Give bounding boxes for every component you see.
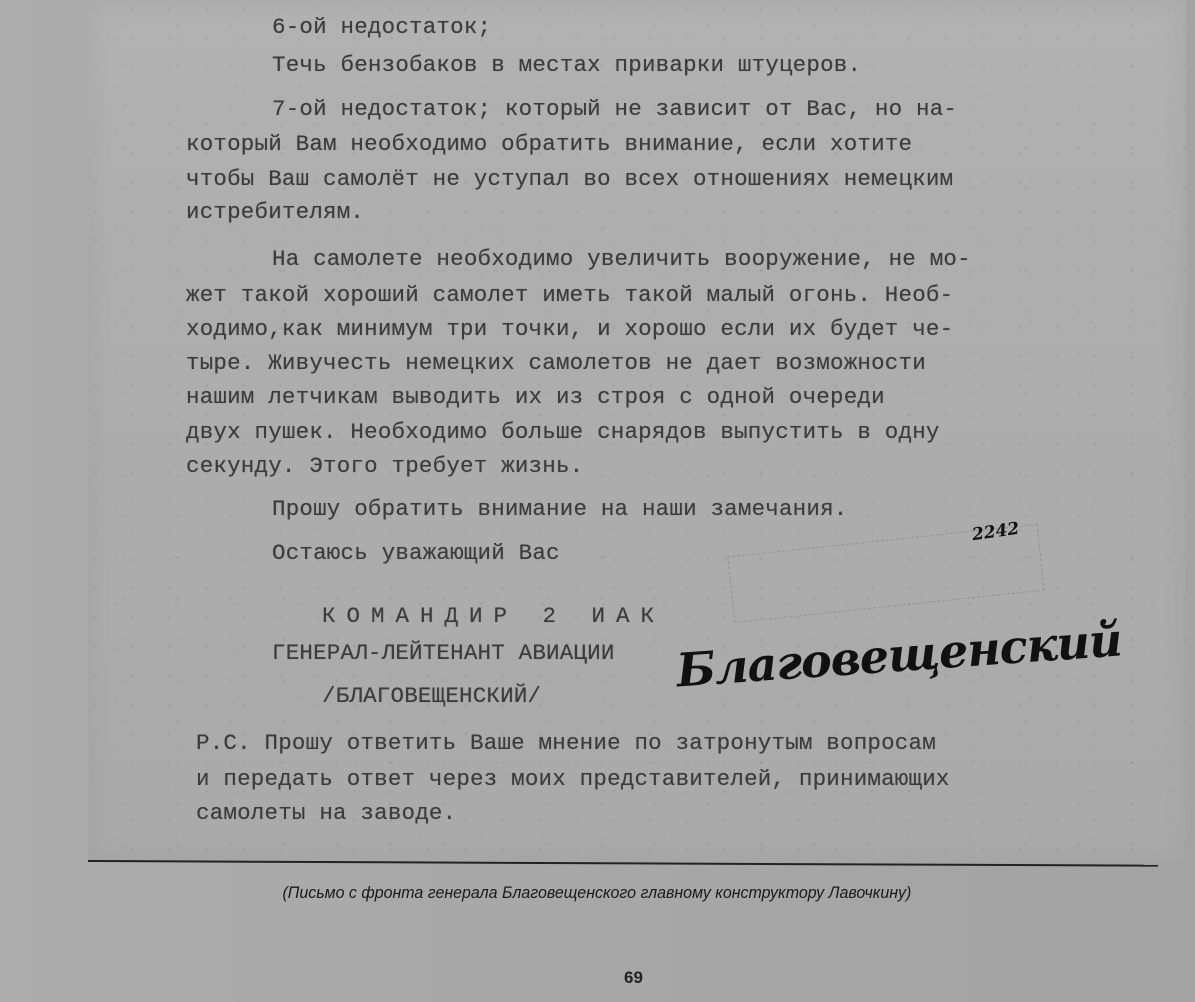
letter-line: который Вам необходимо обратить внимание… xyxy=(186,131,912,157)
postscript-line: самолеты на заводе. xyxy=(196,800,456,826)
letter-line: 6-ой недостаток; xyxy=(272,14,491,40)
letter-line: 7-ой недостаток; который не зависит от В… xyxy=(272,96,957,122)
postscript-line: Р.С. Прошу ответить Ваше мнение по затро… xyxy=(196,730,936,756)
page-number: 69 xyxy=(0,968,1195,988)
signatory-title: КОМАНДИР 2 ИАК xyxy=(322,603,665,629)
letter-line: Течь бензобаков в местах приварки штуцер… xyxy=(272,52,861,78)
letter-line: истребителям. xyxy=(186,199,364,225)
letter-line: жет такой хороший самолет иметь такой ма… xyxy=(186,282,953,308)
signatory-name: /БЛАГОВЕЩЕНСКИЙ/ xyxy=(322,683,541,709)
letter-line: нашим летчикам выводить их из строя с од… xyxy=(186,384,885,410)
letter-line: чтобы Ваш самолёт не уступал во всех отн… xyxy=(186,166,953,192)
letter-line: двух пушек. Необходимо больше снарядов в… xyxy=(186,419,940,445)
letter-line: ходимо,как минимум три точки, и хорошо е… xyxy=(186,316,953,342)
letter-line: На самолете необходимо увеличить вооруже… xyxy=(272,246,971,272)
figure-caption: (Письмо с фронта генерала Благовещенског… xyxy=(0,883,1194,903)
postscript-line: и передать ответ через моих представител… xyxy=(196,766,950,792)
signatory-rank: ГЕНЕРАЛ-ЛЕЙТЕНАНТ АВИАЦИИ xyxy=(272,640,615,666)
letter-line: секунду. Этого требует жизнь. xyxy=(186,453,583,479)
letter-line: Прошу обратить внимание на наши замечани… xyxy=(272,496,848,522)
letter-line: Остаюсь уважающий Вас xyxy=(272,540,560,566)
letter-line: тыре. Живучесть немецких самолетов не да… xyxy=(186,350,926,376)
